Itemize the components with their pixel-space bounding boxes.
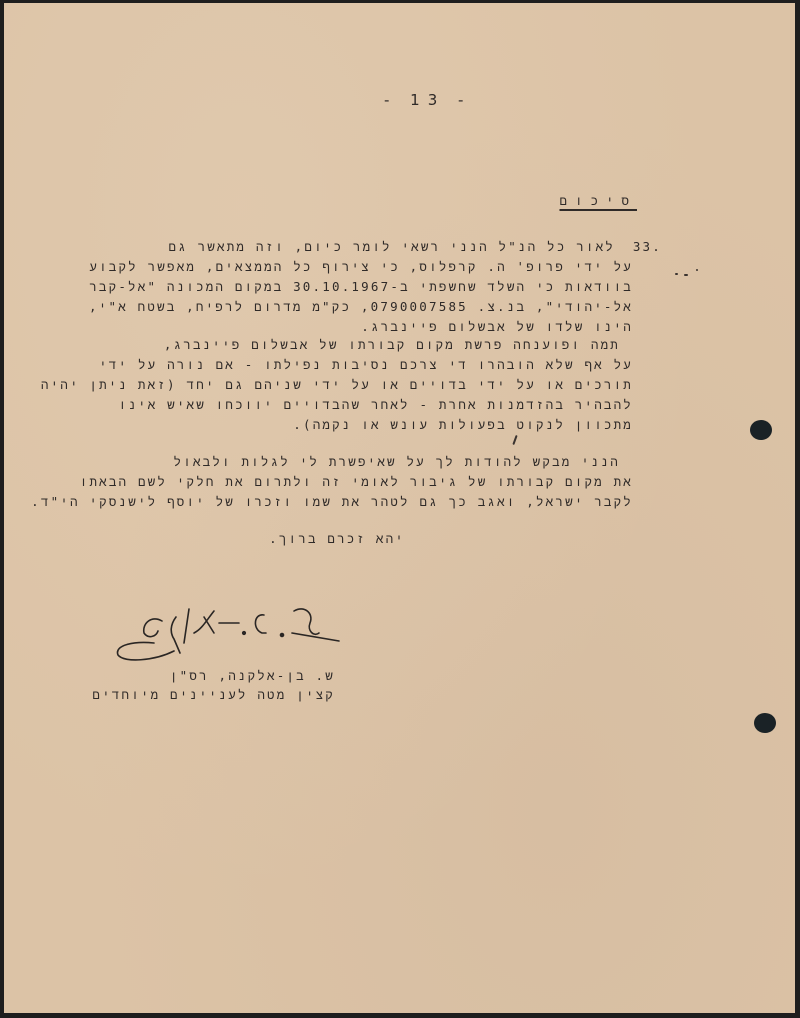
stray-mark xyxy=(696,269,698,271)
paragraph-3-line-2: את מקום קבורתו של גיבור לאומי זה ולתרום … xyxy=(80,474,633,490)
page-number: - 13 - xyxy=(384,91,471,109)
signatory-name: ש. בן-אלקנה, רס"ן xyxy=(170,668,335,684)
paragraph-2-line-1: תמה ופוענחה פרשת מקום קבורתו של אבשלום פ… xyxy=(164,337,620,353)
stray-mark xyxy=(675,273,678,275)
stray-mark xyxy=(512,435,517,445)
document-page: - 13 - סיכום 33. לאור כל הנ"ל הנני רשאי … xyxy=(4,3,795,1013)
paragraph-2-line-5: מתכוון לנקוט בפעולות עונש או נקמה). xyxy=(293,417,633,433)
paragraph-2-line-4: להבהיר בהזדמנות אחרת - לאחר שהבדויים יוו… xyxy=(119,397,633,413)
section-heading: סיכום xyxy=(559,193,637,209)
paragraph-2-line-2: על אף שלא הובהרו די צרכם נסיבות נפילתו -… xyxy=(99,357,633,373)
signatory-title: קצין מטה לעניינים מיוחדים xyxy=(92,687,335,703)
closing-line: יהא זכרם ברוך. xyxy=(269,531,405,547)
paragraph-3-line-3: לקבר ישראל, ואגב כך גם לטהר את שמו וזכרו… xyxy=(31,494,633,510)
paragraph-2-line-3: תורכים או על ידי בדויים או על ידי שניהם … xyxy=(41,377,633,393)
handwritten-signature xyxy=(114,603,344,668)
paragraph-33-line-5: הינו שלדו של אבשלום פיינברג. xyxy=(361,319,633,335)
stray-mark xyxy=(684,274,688,276)
punch-hole-bottom xyxy=(754,713,776,733)
paragraph-33-line-3: בוודאות כי השלד שחשפתי ב-30.10.1967 במקו… xyxy=(89,279,633,295)
paragraph-33-line-1: לאור כל הנ"ל הנני רשאי לומר כיום, וזה מת… xyxy=(168,239,615,255)
punch-hole-top xyxy=(750,420,772,440)
paragraph-3-line-1: הנני מבקש להודות לך על שאיפשרת לי לגלות … xyxy=(174,454,620,470)
paragraph-number: 33. xyxy=(633,239,662,254)
paragraph-33-line-2: על ידי פרופ' ה. קרפלוס, כי צירוף כל הממצ… xyxy=(89,259,633,275)
paragraph-33-line-4: אל-יהודי", בנ.צ. 0790007585, כק"מ מדרום … xyxy=(89,299,633,315)
